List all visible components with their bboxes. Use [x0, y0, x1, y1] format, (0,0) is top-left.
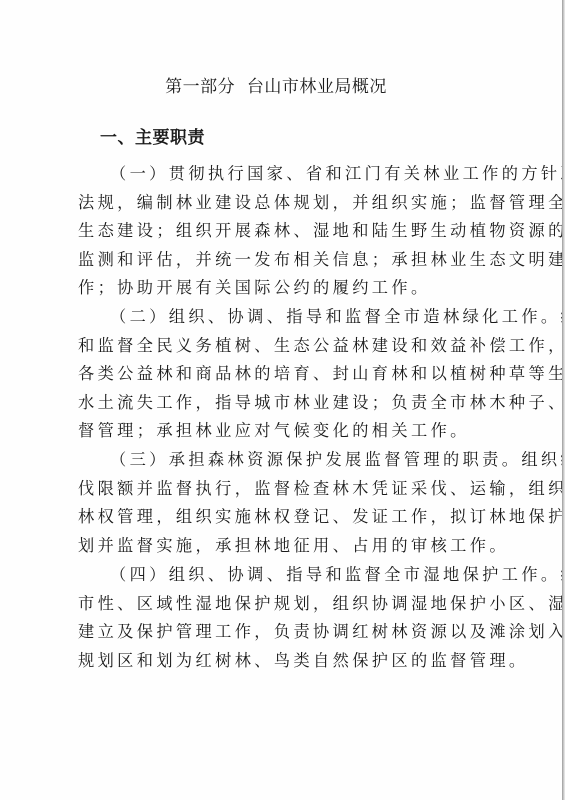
- paragraph-duty-3: （三）承担森林资源保护发展监督管理的职责。组织编制森林采 伐限额并监督执行，监督…: [78, 446, 478, 560]
- document-title: 第一部分 台山市林业局概况: [0, 76, 552, 98]
- paragraph-line: 伐限额并监督执行，监督检查林木凭证采伐、运输，组织、指导林地、: [78, 475, 478, 504]
- paragraph-duty-4: （四）组织、协调、指导和监督全市湿地保护工作。组织拟订全 市性、区域性湿地保护规…: [78, 561, 478, 675]
- paragraph-line: 市性、区域性湿地保护规划，组织协调湿地保护小区、湿地公园等的: [78, 590, 478, 619]
- paragraph-duty-1: （一）贯彻执行国家、省和江门有关林业工作的方针政策和法律 法规，编制林业建设总体…: [78, 160, 478, 303]
- paragraph-line: 作；协助开展有关国际公约的履约工作。: [78, 274, 478, 303]
- section-heading-main-duties: 一、主要职责: [100, 127, 205, 149]
- paragraph-line: 生态建设；组织开展森林、湿地和陆生野生动植物资源的调查、动态: [78, 217, 478, 246]
- document-page: 第一部分 台山市林业局概况 一、主要职责 （一）贯彻执行国家、省和江门有关林业工…: [0, 0, 562, 800]
- paragraph-line: 建立及保护管理工作，负责协调红树林资源以及滩涂划入生态公益林: [78, 618, 478, 647]
- paragraph-line: 督管理；承担林业应对气候变化的相关工作。: [78, 417, 478, 446]
- paragraph-line: （四）组织、协调、指导和监督全市湿地保护工作。组织拟订全: [78, 561, 478, 590]
- paragraph-line: 各类公益林和商品林的培育、封山育林和以植树种草等生物措施防治: [78, 360, 478, 389]
- paragraph-line: 林权管理，组织实施林权登记、发证工作，拟订林地保护利用总体规: [78, 503, 478, 532]
- paragraph-line: （三）承担森林资源保护发展监督管理的职责。组织编制森林采: [78, 446, 478, 475]
- paragraph-line: （二）组织、协调、指导和监督全市造林绿化工作。组织、指导: [78, 303, 478, 332]
- paragraph-duty-2: （二）组织、协调、指导和监督全市造林绿化工作。组织、指导 和监督全民义务植树、生…: [78, 303, 478, 446]
- paragraph-line: 规划区和划为红树林、鸟类自然保护区的监督管理。: [78, 647, 478, 676]
- paragraph-line: 法规，编制林业建设总体规划，并组织实施；监督管理全市林业及其: [78, 189, 478, 218]
- paragraph-line: （一）贯彻执行国家、省和江门有关林业工作的方针政策和法律: [78, 160, 478, 189]
- paragraph-line: 和监督全民义务植树、生态公益林建设和效益补偿工作，组织、指导: [78, 332, 478, 361]
- paragraph-line: 水土流失工作，指导城市林业建设；负责全市林木种子、种苗质量监: [78, 389, 478, 418]
- paragraph-line: 划并监督实施，承担林地征用、占用的审核工作。: [78, 532, 478, 561]
- paragraph-line: 监测和评估，并统一发布相关信息；承担林业生态文明建设的有关工: [78, 246, 478, 275]
